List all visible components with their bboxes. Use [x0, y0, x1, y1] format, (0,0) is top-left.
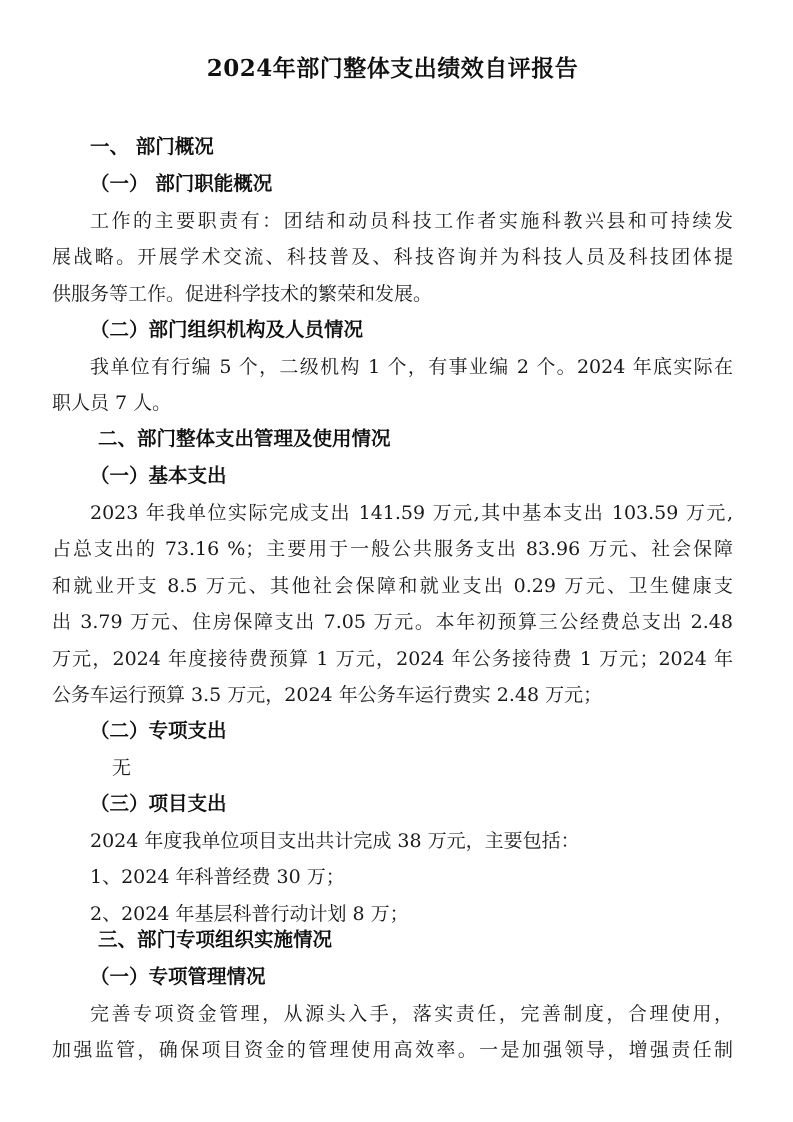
paragraph-line: 我单位有行编 5 个，二级机构 1 个，有事业编 2 个。2024 年底实际在	[52, 349, 733, 385]
heading-text: （一）基本支出	[52, 464, 227, 487]
subsection-heading-2-3: （三）项目支出	[52, 786, 733, 822]
subsection-heading-2-2: （二）专项支出	[52, 713, 733, 749]
paragraph-line: 占总支出的 73.16 %；主要用于一般公共服务支出 83.96 万元、社会保障	[52, 531, 733, 567]
paragraph-line: 完善专项资金管理，从源头入手，落实责任，完善制度，合理使用，	[52, 996, 733, 1032]
heading-text: （三）项目支出	[52, 792, 227, 815]
heading-text: 一、 部门概况	[52, 135, 214, 158]
heading-text: （一） 部门职能概况	[52, 172, 272, 195]
document-title: 2024年部门整体支出绩效自评报告	[52, 54, 733, 84]
paragraph-line: 工作的主要职责有：团结和动员科技工作者实施科教兴县和可持续发	[52, 203, 733, 239]
paragraph-line: 展战略。开展学术交流、科技普及、科技咨询并为科技人员及科技团体提	[52, 239, 733, 275]
list-item: 1、2024 年科普经费 30 万；	[52, 859, 771, 895]
paragraph-line: 加强监管，确保项目资金的管理使用高效率。一是加强领导，增强责任制	[52, 1032, 733, 1068]
paragraph-line: 无	[52, 750, 793, 786]
section-heading-2: 二、部门整体支出管理及使用情况	[52, 421, 733, 457]
heading-text: （二）部门组织机构及人员情况	[52, 318, 363, 341]
subsection-heading-1-1: （一） 部门职能概况	[52, 166, 733, 202]
paragraph-line: 供服务等工作。促进科学技术的繁荣和发展。	[52, 276, 733, 312]
subsection-heading-3-1: （一）专项管理情况	[52, 959, 733, 995]
paragraph-line: 2024 年度我单位项目支出共计完成 38 万元，主要包括：	[52, 823, 771, 859]
heading-text: 三、部门专项组织实施情况	[52, 928, 332, 951]
section-heading-1: 一、 部门概况	[52, 129, 733, 165]
subsection-heading-1-2: （二）部门组织机构及人员情况	[52, 312, 733, 348]
paragraph-line: 2023 年我单位实际完成支出 141.59 万元,其中基本支出 103.59 …	[52, 495, 733, 531]
heading-text: 二、部门整体支出管理及使用情况	[52, 427, 391, 450]
heading-text: （一）专项管理情况	[52, 965, 266, 988]
heading-text: （二）专项支出	[52, 719, 227, 742]
paragraph-line: 出 3.79 万元、住房保障支出 7.05 万元。本年初预算三公经费总支出 2.…	[52, 604, 733, 640]
paragraph-line: 和就业开支 8.5 万元、其他社会保障和就业支出 0.29 万元、卫生健康支	[52, 568, 733, 604]
section-heading-3: 三、部门专项组织实施情况	[52, 922, 733, 958]
paragraph-line: 公务车运行预算 3.5 万元，2024 年公务车运行费实 2.48 万元；	[52, 677, 733, 713]
paragraph-line: 万元，2024 年度接待费预算 1 万元，2024 年公务接待费 1 万元；20…	[52, 641, 733, 677]
paragraph-line: 职人员 7 人。	[52, 385, 733, 421]
subsection-heading-2-1: （一）基本支出	[52, 458, 733, 494]
